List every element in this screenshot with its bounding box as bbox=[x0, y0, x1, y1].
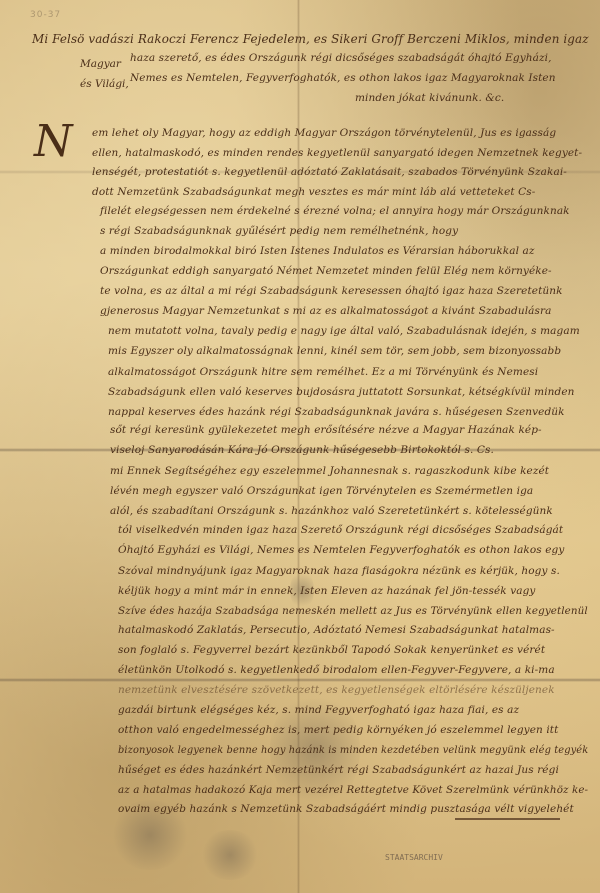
body-line: hűséget es édes hazánkért Nemzetünkért r… bbox=[118, 764, 559, 776]
body-line: Óhajtó Egyházi es Világi, Nemes es Nemte… bbox=[118, 544, 564, 556]
body-line: nappal keserves édes hazánk régi Szabads… bbox=[108, 406, 565, 418]
body-line: életünkön Utolkodó s. kegyetlenkedő biro… bbox=[118, 664, 555, 676]
body-line: nemzetünk elvesztésére szövetkezett, es … bbox=[118, 684, 555, 696]
water-stain bbox=[200, 830, 260, 880]
body-line: son foglaló s. Fegyverrel bezárt kezünkb… bbox=[118, 644, 545, 656]
body-line: Országunkat eddigh sanyargató Német Nemz… bbox=[100, 265, 552, 277]
decorated-initial: N bbox=[34, 120, 73, 164]
signature-flourish bbox=[455, 818, 560, 820]
body-line: gazdái birtunk elégséges kéz, s. mind Fe… bbox=[118, 704, 519, 716]
manuscript-page: 30-37 Mi Felsö vadászi Rakoczi Ferencz F… bbox=[0, 0, 600, 893]
body-line: kéljük hogy a mint már in ennek, Isten E… bbox=[118, 585, 535, 597]
header-margin-1: Magyar bbox=[80, 58, 121, 70]
header-line-1: haza szerető, es édes Országunk régi dic… bbox=[130, 52, 552, 64]
body-line: alkalmatosságot Országunk hitre sem remé… bbox=[108, 366, 538, 378]
header-margin-2: és Világi, bbox=[80, 78, 129, 90]
body-line: hatalmaskodó Zaklatás, Persecutio, Adózt… bbox=[118, 624, 555, 636]
archive-number: 30-37 bbox=[30, 10, 61, 20]
body-line: viseloj Sanyarodásán Kára Jó Országunk h… bbox=[110, 444, 494, 456]
horizontal-fold-crease bbox=[0, 678, 600, 682]
body-line: az a hatalmas hadakozó Kaja mert vezérel… bbox=[118, 784, 588, 796]
body-line: nem mutatott volna, tavaly pedig e nagy … bbox=[108, 325, 580, 337]
body-line: otthon való engedelmességhez is, mert pe… bbox=[118, 724, 558, 736]
body-line: gjenerosus Magyar Nemzetunkat s mi az es… bbox=[100, 305, 552, 317]
body-line: Szabadságunk ellen való keserves bujdosá… bbox=[108, 386, 575, 398]
body-line: dott Nemzetünk Szabadságunkat megh veszt… bbox=[92, 186, 535, 198]
body-line: mi Ennek Segítségéhez egy eszelemmel Joh… bbox=[110, 465, 549, 477]
header-line-3: minden jókat kivánunk. &c. bbox=[355, 92, 504, 104]
body-line: Szóval mindnyájunk igaz Magyaroknak haza… bbox=[118, 565, 560, 577]
body-line: tól viselkedvén minden igaz haza Szerető… bbox=[118, 524, 563, 536]
header-line-2: Nemes es Nemtelen, Fegyverfoghatók, es o… bbox=[130, 72, 556, 84]
body-line: ellen, hatalmaskodó, es minden rendes ke… bbox=[92, 147, 582, 159]
body-line: lenségét, protestatiót s. kegyetlenül ad… bbox=[92, 166, 567, 178]
body-line: mis Egyszer oly alkalmatosságnak lenni, … bbox=[108, 345, 561, 357]
body-line: alól, és szabadítani Országunk s. hazánk… bbox=[110, 505, 553, 517]
body-line: sőt régi keresünk gyülekezetet megh erős… bbox=[110, 424, 542, 436]
body-line: te volna, es az által a mi régi Szabadsá… bbox=[100, 285, 563, 297]
body-line: lévén megh egyszer való Országunkat igen… bbox=[110, 485, 533, 497]
body-line: a minden birodalmokkal biró Isten Istene… bbox=[100, 245, 535, 257]
body-line: Szíve édes hazája Szabadsága nemeskén me… bbox=[118, 605, 588, 617]
archive-stamp: STAATSARCHIV bbox=[385, 853, 443, 863]
body-line: bizonyosok legyenek benne hogy hazánk is… bbox=[118, 744, 588, 756]
body-line: ovaim egyéb hazánk s Nemzetünk Szabadság… bbox=[118, 803, 574, 815]
body-line: s régi Szabadságunknak gyűlésért pedig n… bbox=[100, 225, 458, 237]
body-line: em lehet oly Magyar, hogy az eddigh Magy… bbox=[92, 127, 556, 139]
body-line: filelét elegségessen nem érdekelné s ére… bbox=[100, 205, 570, 217]
header-opening: Mi Felsö vadászi Rakoczi Ferencz Fejedel… bbox=[32, 32, 589, 46]
